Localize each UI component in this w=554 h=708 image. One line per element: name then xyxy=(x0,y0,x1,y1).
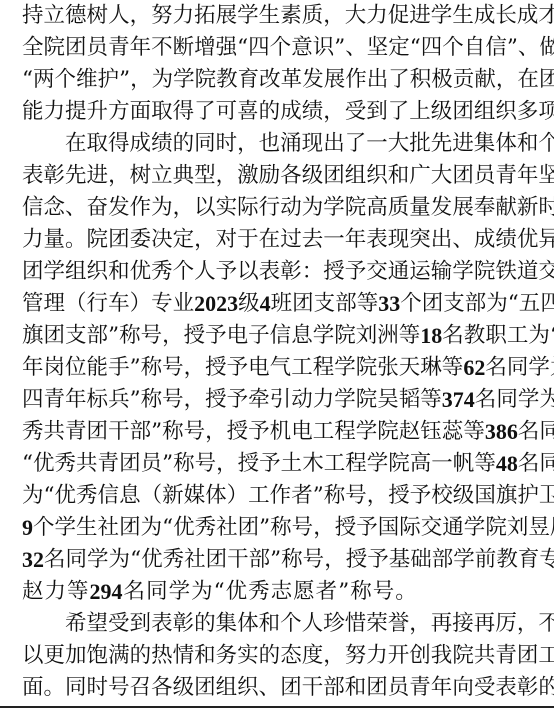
glyph: 部 xyxy=(465,289,487,319)
glyph: 同 xyxy=(194,129,216,159)
glyph: 面 xyxy=(22,673,44,703)
glyph: 坚 xyxy=(538,161,554,191)
glyph: 团 xyxy=(539,65,554,95)
glyph: 社 xyxy=(216,513,238,543)
glyph: 时 xyxy=(538,193,554,223)
text-line: 为“优秀信息（新媒体）工作者”称号，授予校级国旗护卫队等 xyxy=(22,480,533,512)
glyph: 青 xyxy=(495,161,517,191)
glyph: 同 xyxy=(539,417,554,447)
glyph: 授 xyxy=(205,353,227,383)
glyph: 优 xyxy=(55,481,77,511)
glyph: 素 xyxy=(280,1,302,31)
glyph: 级 xyxy=(431,97,453,127)
glyph: 组 xyxy=(345,161,367,191)
glyph: 予 xyxy=(227,353,249,383)
glyph: 、 xyxy=(452,225,474,255)
glyph: 为 xyxy=(302,193,324,223)
text-line: “两个维护”，为学院教育改革发展作出了积极贡献，在团组织 xyxy=(22,64,533,96)
glyph: 可 xyxy=(216,97,238,127)
glyph: “ xyxy=(237,33,248,63)
glyph: 予 xyxy=(367,545,389,575)
glyph: 工 xyxy=(291,353,313,383)
glyph: ” xyxy=(270,545,281,575)
glyph: 团 xyxy=(65,33,87,63)
glyph: 量 xyxy=(44,225,66,255)
glyph: 予 xyxy=(345,257,367,287)
glyph: 院 xyxy=(195,65,217,95)
glyph: 现 xyxy=(302,129,324,159)
glyph: 再 xyxy=(474,609,496,639)
glyph: 成 xyxy=(517,1,539,31)
glyph: 秀 xyxy=(55,449,77,479)
glyph: 天 xyxy=(399,353,421,383)
glyph: 为 xyxy=(22,481,44,511)
glyph: 学 xyxy=(453,545,475,575)
glyph: 进 xyxy=(409,1,431,31)
glyph: 才 xyxy=(538,1,554,31)
glyph: 工 xyxy=(507,321,529,351)
glyph: ， xyxy=(237,129,259,159)
glyph: 团 xyxy=(280,673,302,703)
glyph: 开 xyxy=(388,641,410,671)
glyph: 道 xyxy=(517,257,539,287)
glyph: 德 xyxy=(65,1,87,31)
glyph: 秀 xyxy=(195,513,217,543)
number-text: 33 xyxy=(378,289,400,319)
number-text: 32 xyxy=(22,545,44,575)
glyph: 机 xyxy=(270,417,292,447)
glyph: 以 xyxy=(194,193,216,223)
glyph: 成 xyxy=(280,97,302,127)
glyph: 秀 xyxy=(163,545,185,575)
glyph: 情 xyxy=(173,641,195,671)
glyph: 到 xyxy=(366,97,388,127)
glyph: 一 xyxy=(431,449,453,479)
glyph: 程 xyxy=(313,353,335,383)
glyph: 级 xyxy=(238,289,260,319)
glyph: 前 xyxy=(475,545,497,575)
text-line: 赵力等294名同学为“优秀志愿者”称号。 xyxy=(22,576,533,608)
glyph: 大 xyxy=(345,1,367,31)
glyph: 做 xyxy=(539,33,554,63)
text-line: 全院团员青年不断增强“四个意识”、坚定“四个自信”、做到 xyxy=(22,32,533,64)
glyph: 号 xyxy=(373,577,395,607)
glyph: 吴 xyxy=(377,385,399,415)
glyph: 典 xyxy=(173,161,195,191)
glyph: 生 xyxy=(76,513,98,543)
glyph: 昱 xyxy=(528,513,550,543)
glyph: 生 xyxy=(259,1,281,31)
glyph: 土 xyxy=(281,449,303,479)
glyph: ） xyxy=(227,481,249,511)
glyph: 受 xyxy=(345,97,367,127)
glyph: 念 xyxy=(44,193,66,223)
glyph: 理 xyxy=(44,289,66,319)
glyph: 运 xyxy=(409,257,431,287)
glyph: 和 xyxy=(517,129,539,159)
glyph: 共 xyxy=(44,417,66,447)
glyph: 护 xyxy=(517,481,539,511)
glyph: 成 xyxy=(474,225,496,255)
glyph: 学 xyxy=(431,1,453,31)
glyph: 体 xyxy=(237,609,259,639)
glyph: 部 xyxy=(87,321,109,351)
text-line: 团学组织和优秀个人予以表彰：授予交通运输学院铁道交通运营 xyxy=(22,256,533,288)
glyph: 牵 xyxy=(248,385,270,415)
glyph: 珍 xyxy=(323,609,345,639)
glyph: 者 xyxy=(291,481,313,511)
glyph: 以 xyxy=(237,257,259,287)
glyph: 等 xyxy=(420,385,442,415)
glyph: 、 xyxy=(518,33,540,63)
glyph: 交 xyxy=(538,257,554,287)
glyph: 予 xyxy=(216,257,238,287)
glyph: 优 xyxy=(33,449,55,479)
glyph: 不 xyxy=(538,609,554,639)
glyph: 同 xyxy=(66,545,88,575)
glyph: 业 xyxy=(173,289,195,319)
number-text: 374 xyxy=(442,385,475,415)
glyph: 方 xyxy=(108,97,130,127)
glyph: ， xyxy=(409,609,431,639)
glyph: 础 xyxy=(410,545,432,575)
glyph: 共 xyxy=(474,641,496,671)
glyph: ， xyxy=(517,609,539,639)
glyph: 社 xyxy=(98,513,120,543)
glyph: 成 xyxy=(474,1,496,31)
glyph: 学 xyxy=(367,449,389,479)
glyph: 大 xyxy=(431,161,453,191)
number-text: 62 xyxy=(463,353,485,383)
glyph: 树 xyxy=(130,161,152,191)
glyph: 表 xyxy=(151,609,173,639)
glyph: 先 xyxy=(431,129,453,159)
glyph: 社 xyxy=(184,545,206,575)
glyph: 的 xyxy=(130,641,152,671)
glyph: 称 xyxy=(281,545,303,575)
glyph: 优 xyxy=(173,513,195,543)
glyph: 受 xyxy=(108,609,130,639)
glyph: 予 xyxy=(205,321,227,351)
glyph: ” xyxy=(334,33,345,63)
glyph: 息 xyxy=(119,481,141,511)
glyph: 项 xyxy=(538,97,554,127)
glyph: 得 xyxy=(108,129,130,159)
glyph: 力 xyxy=(44,97,66,127)
glyph: 程 xyxy=(334,417,356,447)
glyph: 、 xyxy=(259,673,281,703)
glyph: 铁 xyxy=(495,257,517,287)
glyph: 学 xyxy=(237,1,259,31)
glyph: 奉 xyxy=(474,193,496,223)
glyph: 和 xyxy=(194,641,216,671)
glyph: （ xyxy=(141,481,163,511)
glyph: 志 xyxy=(271,577,293,607)
glyph: 青 xyxy=(108,33,130,63)
glyph: 团 xyxy=(108,225,130,255)
glyph: 优 xyxy=(141,545,163,575)
glyph: 称 xyxy=(141,385,163,415)
glyph: 员 xyxy=(474,161,496,191)
glyph: 予 xyxy=(227,385,249,415)
glyph: 交 xyxy=(421,513,443,543)
glyph: 部 xyxy=(130,417,152,447)
glyph: 称 xyxy=(141,353,163,383)
glyph: 力 xyxy=(22,225,44,255)
glyph: 热 xyxy=(151,641,173,671)
glyph: 学 xyxy=(528,353,550,383)
glyph: 岗 xyxy=(44,353,66,383)
glyph: 团 xyxy=(292,289,314,319)
glyph: 于 xyxy=(237,225,259,255)
glyph: 我 xyxy=(431,641,453,671)
glyph: 体 xyxy=(205,481,227,511)
glyph: 等 xyxy=(399,321,421,351)
glyph: 度 xyxy=(302,641,324,671)
glyph: 青 xyxy=(98,449,120,479)
glyph: 手 xyxy=(108,353,130,383)
glyph: 能 xyxy=(87,353,109,383)
glyph: 面 xyxy=(130,97,152,127)
glyph: 管 xyxy=(22,289,44,319)
glyph: 优 xyxy=(226,577,248,607)
glyph: ， xyxy=(173,193,195,223)
glyph: 的 xyxy=(259,97,281,127)
glyph: 育 xyxy=(238,65,260,95)
glyph: 年 xyxy=(65,385,87,415)
glyph: 质 xyxy=(388,193,410,223)
glyph: 对 xyxy=(216,225,238,255)
glyph: 成 xyxy=(130,129,152,159)
glyph: 务 xyxy=(216,641,238,671)
glyph: 称 xyxy=(162,417,184,447)
glyph: 标 xyxy=(87,385,109,415)
glyph: 、 xyxy=(65,193,87,223)
glyph: 支 xyxy=(65,321,87,351)
glyph: 为 xyxy=(141,513,163,543)
glyph: 到 xyxy=(130,609,152,639)
glyph: 院 xyxy=(356,353,378,383)
glyph: 共 xyxy=(76,449,98,479)
glyph: 工 xyxy=(538,641,554,671)
glyph: 时 xyxy=(87,673,109,703)
glyph: 一 xyxy=(323,225,345,255)
glyph: ” xyxy=(130,353,141,383)
glyph: 息 xyxy=(291,321,313,351)
glyph: 秀 xyxy=(76,481,98,511)
text-line: 以更加饱满的热情和务实的态度，努力开创我院共青团工作新局 xyxy=(22,640,533,672)
glyph: ， xyxy=(184,385,206,415)
glyph: 四 xyxy=(248,33,270,63)
glyph: 荣 xyxy=(366,609,388,639)
glyph: 卫 xyxy=(539,481,554,511)
glyph: 愿 xyxy=(293,577,315,607)
glyph: 电 xyxy=(291,417,313,447)
glyph: “ xyxy=(410,33,421,63)
glyph: 态 xyxy=(280,641,302,671)
glyph: 出 xyxy=(431,225,453,255)
glyph: 团 xyxy=(22,257,44,287)
glyph: 作 xyxy=(345,65,367,95)
glyph: 团 xyxy=(366,673,388,703)
glyph: 学 xyxy=(55,513,77,543)
glyph: 予 xyxy=(248,417,270,447)
glyph: 织 xyxy=(366,161,388,191)
glyph: 了 xyxy=(388,97,410,127)
glyph: 生 xyxy=(452,1,474,31)
glyph: 工 xyxy=(324,449,346,479)
glyph: 望 xyxy=(87,609,109,639)
glyph: 学 xyxy=(44,257,66,287)
glyph: 学 xyxy=(169,577,191,607)
glyph: 召 xyxy=(130,673,152,703)
glyph: 为 xyxy=(109,545,131,575)
glyph: 表 xyxy=(495,673,517,703)
glyph: 彰 xyxy=(280,257,302,287)
glyph: 激 xyxy=(237,161,259,191)
glyph: “ xyxy=(22,65,33,95)
glyph: 护 xyxy=(98,65,120,95)
glyph: 赵 xyxy=(22,577,44,607)
glyph: 大 xyxy=(388,129,410,159)
glyph: 集 xyxy=(216,609,238,639)
glyph: 意 xyxy=(291,33,313,63)
glyph: 厉 xyxy=(495,609,517,639)
glyph: 过 xyxy=(280,225,302,255)
glyph: 级 xyxy=(173,673,195,703)
glyph: 接 xyxy=(452,609,474,639)
text-line: 持立德树人，努力拓展学生素质，大力促进学生成长成才，引导 xyxy=(22,0,533,32)
glyph: 钰 xyxy=(420,417,442,447)
glyph: 励 xyxy=(259,161,281,191)
glyph: （ xyxy=(65,289,87,319)
glyph: 四 xyxy=(540,289,554,319)
glyph: 取 xyxy=(151,97,173,127)
glyph: 院 xyxy=(452,641,474,671)
glyph: ， xyxy=(313,513,335,543)
glyph: 名 xyxy=(518,417,540,447)
number-text: 2023 xyxy=(194,289,238,319)
glyph: 国 xyxy=(378,513,400,543)
glyph: 教 xyxy=(216,65,238,95)
glyph: 高 xyxy=(366,193,388,223)
glyph: 为 xyxy=(550,353,554,383)
glyph: 等 xyxy=(442,353,464,383)
glyph: “ xyxy=(550,321,554,351)
glyph: 学 xyxy=(323,193,345,223)
glyph: 号 xyxy=(303,545,325,575)
glyph: 广 xyxy=(409,161,431,191)
glyph: 育 xyxy=(518,545,540,575)
text-line: 32名同学为“优秀社团干部”称号，授予基础部学前教育专业 xyxy=(22,544,533,576)
glyph: 院 xyxy=(87,225,109,255)
glyph: 号 xyxy=(162,353,184,383)
glyph: 批 xyxy=(409,129,431,159)
glyph: 上 xyxy=(409,97,431,127)
text-line: “优秀共青团员”称号，授予土木工程学院高一帆等48名同学 xyxy=(22,448,533,480)
number-text: 9 xyxy=(22,513,33,543)
glyph: 个 xyxy=(280,609,302,639)
glyph: ， xyxy=(130,65,152,95)
glyph: 行 xyxy=(87,289,109,319)
glyph: 改 xyxy=(259,65,281,95)
glyph: 表 xyxy=(366,225,388,255)
glyph: 号 xyxy=(195,449,217,479)
glyph: 媒 xyxy=(184,481,206,511)
glyph: 团 xyxy=(422,289,444,319)
glyph: 称 xyxy=(350,577,372,607)
glyph: 校 xyxy=(431,481,453,511)
glyph: 学 xyxy=(464,513,486,543)
glyph: 同 xyxy=(496,385,518,415)
glyph: 行 xyxy=(259,193,281,223)
glyph: 旗 xyxy=(496,481,518,511)
glyph: 。 xyxy=(395,577,417,607)
glyph: 各 xyxy=(280,161,302,191)
glyph: 基 xyxy=(389,545,411,575)
glyph: 织 xyxy=(87,257,109,287)
glyph: 创 xyxy=(409,641,431,671)
glyph: 持 xyxy=(22,1,44,31)
glyph: 更 xyxy=(44,641,66,671)
glyph: 部 xyxy=(323,673,345,703)
glyph: ， xyxy=(323,1,345,31)
glyph: 院 xyxy=(388,449,410,479)
glyph: 授 xyxy=(238,449,260,479)
glyph: ” xyxy=(507,33,518,63)
glyph: 发 xyxy=(108,193,130,223)
glyph: 班 xyxy=(271,289,293,319)
glyph: 人 xyxy=(302,609,324,639)
glyph: 兵 xyxy=(108,385,130,415)
glyph: 组 xyxy=(216,673,238,703)
glyph: 等 xyxy=(357,289,379,319)
glyph: 车 xyxy=(108,289,130,319)
glyph: 青 xyxy=(495,641,517,671)
glyph: 突 xyxy=(409,225,431,255)
glyph: 再 xyxy=(431,609,453,639)
glyph: ： xyxy=(302,257,324,287)
glyph: 的 xyxy=(538,673,554,703)
glyph: 四 xyxy=(421,33,443,63)
glyph: 力 xyxy=(45,577,67,607)
glyph: ， xyxy=(323,97,345,127)
paragraph-2: 在取得成绩的同时，也涌现出了一大批先进集体和个人，为 表彰先进，树立典型，激励各… xyxy=(22,128,533,608)
glyph: 两 xyxy=(33,65,55,95)
glyph: ” xyxy=(338,577,349,607)
glyph: 电 xyxy=(248,353,270,383)
glyph: “ xyxy=(44,481,55,511)
glyph: 子 xyxy=(248,321,270,351)
glyph: 加 xyxy=(65,641,87,671)
paragraph-3: 希望受到表彰的集体和个人珍惜荣誉，再接再厉，不断进取， 以更加饱满的热情和务实的… xyxy=(22,608,533,704)
glyph: 为 xyxy=(151,193,173,223)
glyph: 献 xyxy=(474,65,496,95)
glyph: 力 xyxy=(366,641,388,671)
glyph: 学 xyxy=(356,417,378,447)
glyph: ， xyxy=(184,353,206,383)
glyph: ， xyxy=(194,225,216,255)
glyph: 称 xyxy=(324,481,346,511)
glyph: 表 xyxy=(259,257,281,287)
glyph: 增 xyxy=(194,33,216,63)
text-line: 在取得成绩的同时，也涌现出了一大批先进集体和个人，为 xyxy=(22,128,533,160)
glyph: 团 xyxy=(238,513,260,543)
glyph: 高 xyxy=(410,449,432,479)
glyph: ” xyxy=(259,513,270,543)
glyph: “ xyxy=(508,289,519,319)
glyph: 识 xyxy=(313,33,335,63)
